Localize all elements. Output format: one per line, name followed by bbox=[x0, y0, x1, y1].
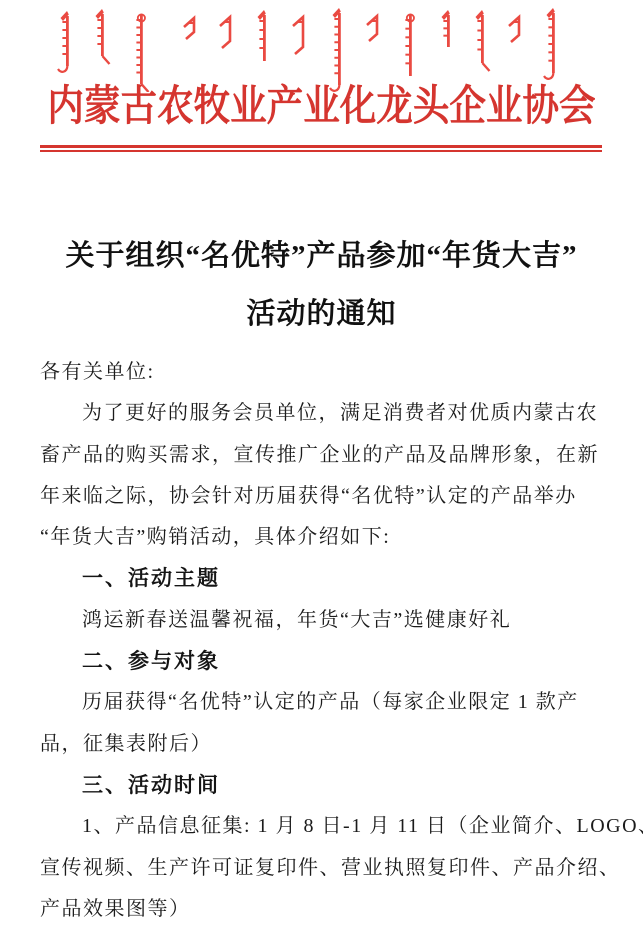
body-line: “年货大吉”购销活动，具体介绍如下: bbox=[40, 517, 602, 558]
body-line: 品，征集表附后） bbox=[40, 724, 602, 765]
section-heading: 三、活动时间 bbox=[40, 765, 602, 806]
body-line: 畜产品的购买需求，宣传推广企业的产品及品牌形象，在新 bbox=[40, 435, 602, 476]
notice-title-line2: 活动的通知 bbox=[0, 285, 643, 343]
body-line: 历届获得“名优特”认定的产品（每家企业限定 1 款产 bbox=[40, 682, 602, 723]
body-line: 1、产品信息征集: 1 月 8 日-1 月 11 日（企业简介、LOGO、 bbox=[40, 806, 602, 847]
notice-title-line1: 关于组织“名优特”产品参加“年货大吉” bbox=[0, 227, 643, 285]
body-line: 年来临之际，协会针对历届获得“名优特”认定的产品举办 bbox=[40, 476, 602, 517]
notice-title: 关于组织“名优特”产品参加“年货大吉” 活动的通知 bbox=[0, 227, 643, 343]
body-line: 各有关单位: bbox=[40, 352, 602, 393]
document-page: 内蒙古农牧业产业化龙头企业协会 关于组织“名优特”产品参加“年货大吉” 活动的通… bbox=[0, 0, 643, 941]
organization-name: 内蒙古农牧业产业化龙头企业协会 bbox=[42, 80, 601, 134]
body-line: 为了更好的服务会员单位，满足消费者对优质内蒙古农 bbox=[40, 393, 602, 434]
body-line: 鸿运新春送温馨祝福，年货“大吉”选健康好礼 bbox=[40, 600, 602, 641]
section-heading: 二、参与对象 bbox=[40, 641, 602, 682]
section-heading: 一、活动主题 bbox=[40, 558, 602, 599]
body-line: 产品效果图等） bbox=[40, 889, 602, 930]
body-line: 宣传视频、生产许可证复印件、营业执照复印件、产品介绍、 bbox=[40, 848, 602, 889]
mongolian-script-banner bbox=[0, 0, 643, 92]
letterhead-double-rule bbox=[40, 145, 602, 152]
notice-body: 各有关单位: 为了更好的服务会员单位，满足消费者对优质内蒙古农 畜产品的购买需求… bbox=[40, 352, 602, 930]
